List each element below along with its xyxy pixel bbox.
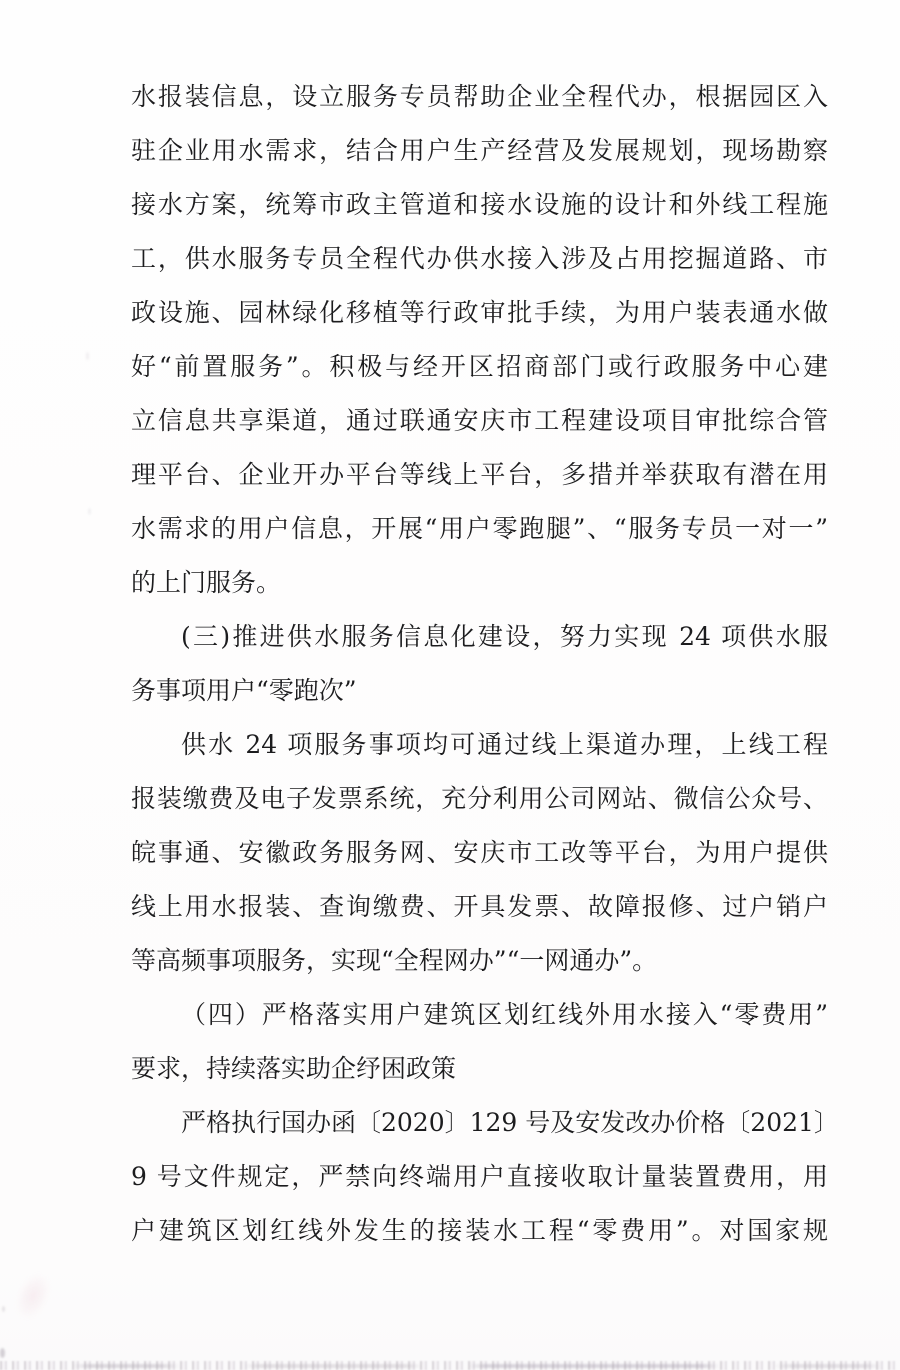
document-text-block: 水报装信息，设立服务专员帮助企业全程代办，根据园区入驻企业用水需求，结合用户生产…	[131, 70, 828, 1258]
scanned-document-page: 水报装信息，设立服务专员帮助企业全程代办，根据园区入驻企业用水需求，结合用户生产…	[0, 0, 900, 1370]
text-line: 水报装信息，设立服务专员帮助企业全程代办，根据园区入	[131, 70, 828, 124]
text-line: （四）严格落实用户建筑区划红线外用水接入“零费用”	[131, 988, 828, 1042]
text-line: 报装缴费及电子发票系统，充分利用公司网站、微信公众号、	[131, 772, 828, 826]
text-line: 的上门服务。	[131, 556, 828, 610]
text-line: 立信息共享渠道，通过联通安庆市工程建设项目审批综合管	[131, 394, 828, 448]
scan-speck-artifact	[88, 508, 91, 515]
text-line: 等高频事项服务，实现“全程网办”“一网通办”。	[131, 934, 828, 988]
text-line: 线上用水报装、查询缴费、开具发票、故障报修、过户销户	[131, 880, 828, 934]
scan-speck-artifact	[0, 1348, 5, 1358]
text-line: 严格执行国办函〔2020〕129 号及安发改办价格〔2021〕	[131, 1096, 828, 1150]
scan-noise-bottom-edge	[0, 1361, 900, 1370]
text-line: 好“前置服务”。积极与经开区招商部门或行政服务中心建	[131, 340, 828, 394]
text-line: 理平台、企业开办平台等线上平台，多措并举获取有潜在用	[131, 448, 828, 502]
text-line: 接水方案，统筹市政主管道和接水设施的设计和外线工程施	[131, 178, 828, 232]
text-line: 务事项用户“零跑次”	[131, 664, 828, 718]
text-line: 水需求的用户信息，开展“用户零跑腿”、“服务专员一对一”	[131, 502, 828, 556]
text-line: 要求，持续落实助企纾困政策	[131, 1042, 828, 1096]
scan-speck-artifact	[2, 1306, 5, 1312]
text-line: 皖事通、安徽政务服务网、安庆市工改等平台，为用户提供	[131, 826, 828, 880]
text-line: 工，供水服务专员全程代办供水接入涉及占用挖掘道路、市	[131, 232, 828, 286]
text-line: 供水 24 项服务事项均可通过线上渠道办理，上线工程	[131, 718, 828, 772]
text-line: 9 号文件规定，严禁向终端用户直接收取计量装置费用，用	[131, 1150, 828, 1204]
text-line: (三)推进供水服务信息化建设，努力实现 24 项供水服	[131, 610, 828, 664]
scan-speck-artifact	[86, 352, 89, 360]
text-line: 户建筑区划红线外发生的接装水工程“零费用”。对国家规	[131, 1204, 828, 1258]
scan-smudge-artifact	[9, 1268, 56, 1324]
text-line: 政设施、园林绿化移植等行政审批手续，为用户装表通水做	[131, 286, 828, 340]
text-line: 驻企业用水需求，结合用户生产经营及发展规划，现场勘察	[131, 124, 828, 178]
